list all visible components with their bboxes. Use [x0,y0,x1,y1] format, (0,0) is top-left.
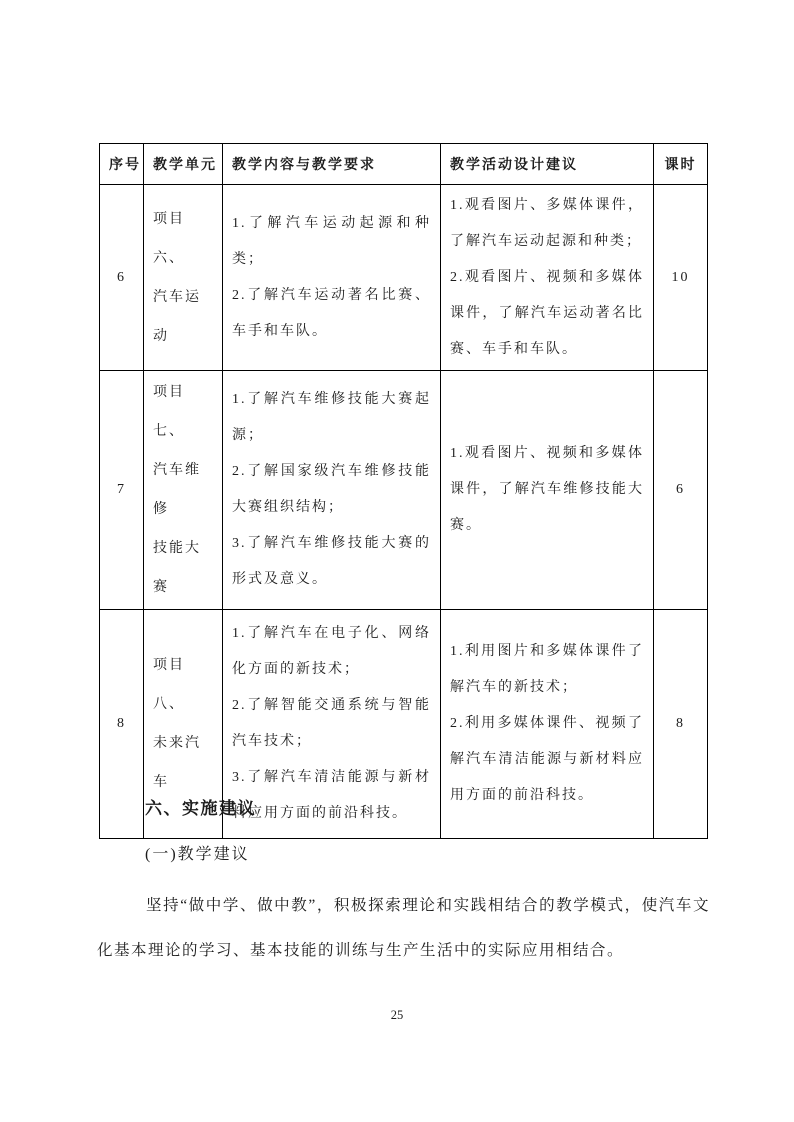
unit-line: 技能大赛 [153,529,213,607]
unit-line: 汽车维修 [153,451,213,529]
table-row: 7 项目七、 汽车维修 技能大赛 1.了解汽车维修技能大赛起源； 2.了解国家级… [100,371,708,610]
section-paragraph: 坚持“做中学、做中教”，积极探索理论和实践相结合的教学模式，使汽车文化基本理论的… [97,883,710,973]
cell-hours: 10 [654,185,708,371]
cell-content: 1.了解汽车维修技能大赛起源； 2.了解国家级汽车维修技能大赛组织结构； 3.了… [223,371,441,610]
content-item: 3.了解汽车维修技能大赛的形式及意义。 [232,526,431,598]
implementation-section: 六、实施建议 (一)教学建议 坚持“做中学、做中教”，积极探索理论和实践相结合的… [97,788,710,973]
table-row: 6 项目六、 汽车运动 1.了解汽车运动起源和种类； 2.了解汽车运动著名比赛、… [100,185,708,371]
activity-item: 1.观看图片、视频和多媒体课件，了解汽车维修技能大赛。 [450,436,644,544]
content-item: 1.了解汽车维修技能大赛起源； [232,382,431,454]
unit-line: 项目六、 [153,200,213,278]
cell-content: 1.了解汽车运动起源和种类； 2.了解汽车运动著名比赛、车手和车队。 [223,185,441,371]
header-unit: 教学单元 [144,144,223,185]
activity-item: 1.观看图片、多媒体课件，了解汽车运动起源和种类； [450,188,644,260]
cell-index: 6 [100,185,144,371]
unit-line: 汽车运动 [153,278,213,356]
header-content: 教学内容与教学要求 [223,144,441,185]
cell-activities: 1.观看图片、多媒体课件，了解汽车运动起源和种类； 2.观看图片、视频和多媒体课… [441,185,654,371]
header-hours: 课时 [654,144,708,185]
cell-unit: 项目六、 汽车运动 [144,185,223,371]
section-subheading: (一)教学建议 [145,844,710,866]
activity-item: 1.利用图片和多媒体课件了解汽车的新技术； [450,634,644,706]
document-page: 序号 教学单元 教学内容与教学要求 教学活动设计建议 课时 6 项目六、 汽车运… [0,0,794,1122]
unit-line: 项目七、 [153,373,213,451]
unit-line: 项目八、 [153,646,213,724]
content-item: 1.了解汽车运动起源和种类； [232,206,431,278]
content-item: 1.了解汽车在电子化、网络化方面的新技术； [232,616,431,688]
header-activities: 教学活动设计建议 [441,144,654,185]
section-heading: 六、实施建议 [145,798,710,820]
table-header-row: 序号 教学单元 教学内容与教学要求 教学活动设计建议 课时 [100,144,708,185]
content-item: 2.了解智能交通系统与智能汽车技术； [232,688,431,760]
teaching-schedule-table: 序号 教学单元 教学内容与教学要求 教学活动设计建议 课时 6 项目六、 汽车运… [99,143,708,839]
page-number: 25 [0,1008,794,1023]
cell-activities: 1.观看图片、视频和多媒体课件，了解汽车维修技能大赛。 [441,371,654,610]
cell-index: 7 [100,371,144,610]
content-item: 2.了解汽车运动著名比赛、车手和车队。 [232,278,431,350]
activity-item: 2.观看图片、视频和多媒体课件，了解汽车运动著名比赛、车手和车队。 [450,260,644,368]
content-item: 2.了解国家级汽车维修技能大赛组织结构； [232,454,431,526]
cell-hours: 6 [654,371,708,610]
cell-unit: 项目七、 汽车维修 技能大赛 [144,371,223,610]
header-index: 序号 [100,144,144,185]
